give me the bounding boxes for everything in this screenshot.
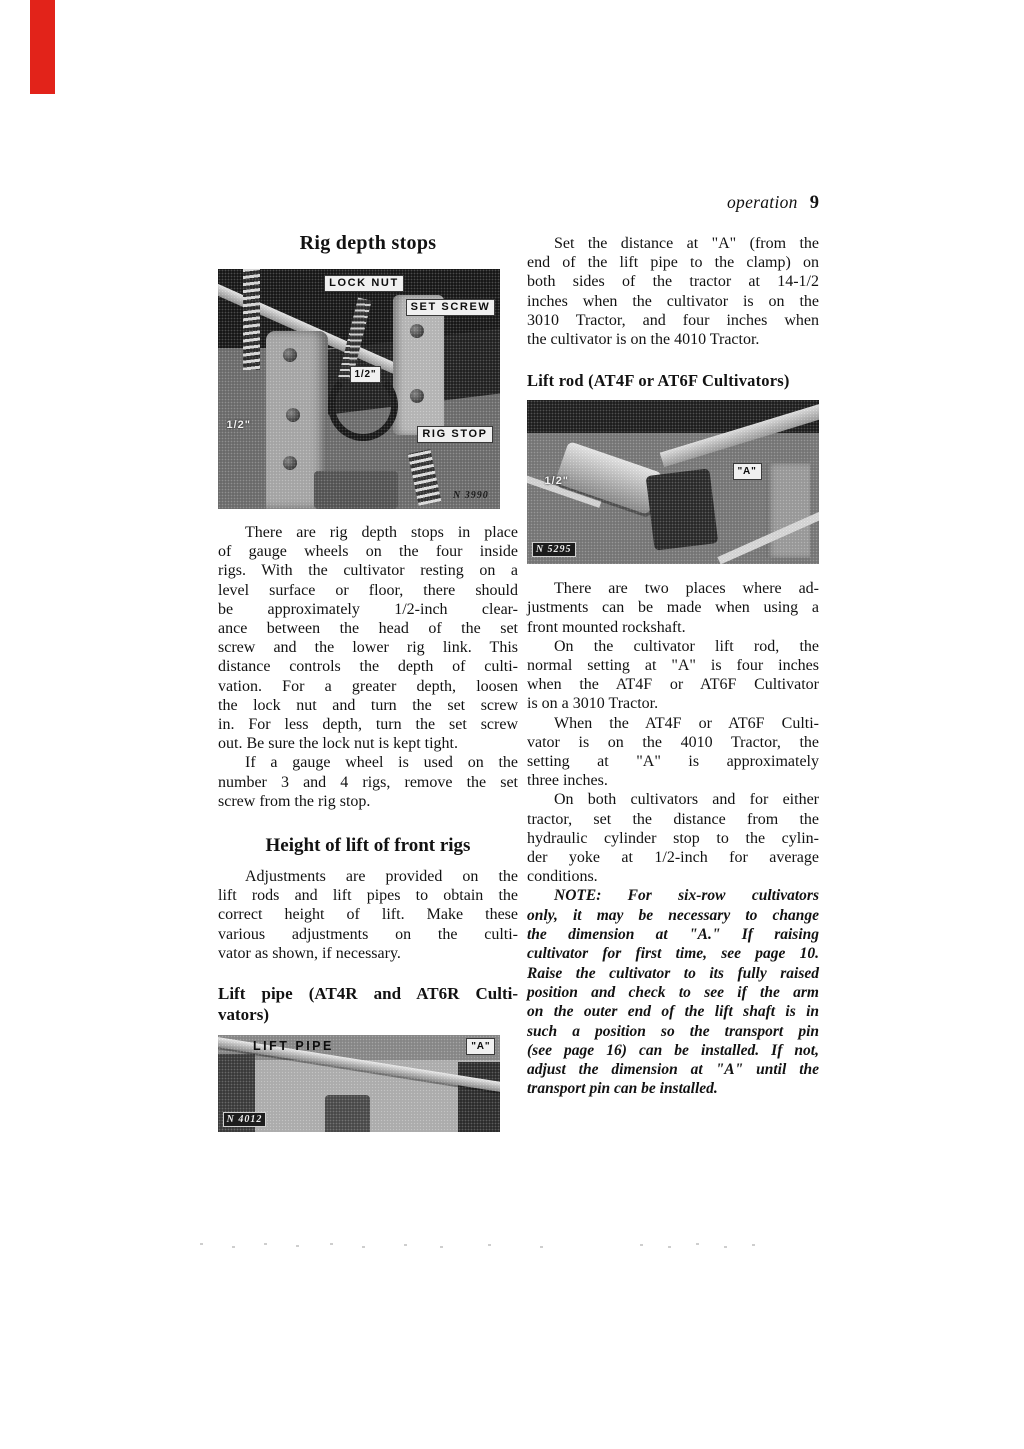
photo-label-set-screw: SET SCREW [407, 300, 495, 315]
heading-lift-rod: Lift rod (AT4F or AT6F Cultivators) [527, 371, 819, 391]
photo-label-lock-nut: LOCK NUT [325, 276, 403, 291]
machinery-plate-shape [393, 295, 444, 434]
paragraph-4010-setting: When the AT4F or AT6F Culti-vator is on … [527, 714, 819, 791]
heading-height-of-lift: Height of lift of front rigs [218, 835, 518, 857]
right-column: Set the distance at "A" (from theend of … [527, 228, 819, 1099]
paragraph-normal-setting: On the cultivator lift rod, thenormal se… [527, 637, 819, 714]
left-column: Rig depth stops LOCK NUT SET SCREW 1/2" … [218, 232, 518, 1132]
machinery-bolt-shape [410, 324, 424, 338]
photo-label-half-inch-left: 1/2" [226, 418, 251, 432]
photo-label-rig-stop: RIG STOP [418, 427, 491, 442]
photo-id-n5295: N 5295 [533, 543, 575, 556]
page-header: operation9 [527, 192, 819, 214]
machinery-bolt-shape [283, 456, 297, 470]
manual-page: operation9 Rig depth stops LOCK NUT SET … [0, 0, 1024, 1449]
machinery-part-shape [325, 1095, 370, 1132]
photo-lift-rod: 1/2" "A" N 5295 [527, 400, 819, 564]
photo-id-n4012: N 4012 [224, 1113, 266, 1126]
scan-red-mark [30, 0, 55, 94]
photo-id-n3990: N 3990 [453, 489, 489, 502]
paragraph-height-of-lift: Adjustments are provided on thelift rods… [218, 867, 518, 963]
paragraph-two-places: There are two places where ad-justments … [527, 579, 819, 637]
photo-label-lift-pipe: LIFT PIPE [249, 1039, 338, 1054]
photo-lift-pipe: LIFT PIPE "A" N 4012 [218, 1035, 500, 1132]
photo-label-half-inch-center: 1/2" [351, 367, 381, 382]
machinery-part-shape [458, 1062, 500, 1132]
heading-rig-depth-stops: Rig depth stops [218, 232, 518, 255]
header-section-label: operation [727, 192, 798, 212]
machinery-part-shape [645, 469, 718, 552]
paragraph-cylinder-stop: On both cultivators and for eithertracto… [527, 790, 819, 886]
paragraph-rig-depth-2: If a gauge wheel is used on thenumber 3 … [218, 753, 518, 811]
photo-label-half-inch: 1/2" [545, 474, 570, 488]
machinery-bolt-shape [283, 348, 297, 362]
machinery-spring-shape [407, 450, 440, 506]
machinery-spring-shape [243, 269, 260, 370]
paragraph-set-distance: Set the distance at "A" (from theend of … [527, 234, 819, 349]
photo-label-a: "A" [467, 1039, 494, 1054]
machinery-bolt-shape [410, 389, 424, 403]
header-page-number: 9 [810, 193, 819, 213]
machinery-base-shape [314, 471, 399, 509]
machinery-plate-shape [766, 463, 810, 558]
machinery-bolt-shape [286, 408, 300, 422]
photo-label-a: "A" [734, 464, 761, 479]
heading-lift-pipe: Lift pipe (AT4R and AT6R Culti-vators) [218, 983, 518, 1025]
photo-rig-depth-stops: LOCK NUT SET SCREW 1/2" RIG STOP 1/2" N … [218, 269, 500, 509]
note-six-row-cultivators: NOTE: For six-row cultivatorsonly, it ma… [527, 886, 819, 1098]
paragraph-rig-depth-1: There are rig depth stops in placeof gau… [218, 523, 518, 753]
